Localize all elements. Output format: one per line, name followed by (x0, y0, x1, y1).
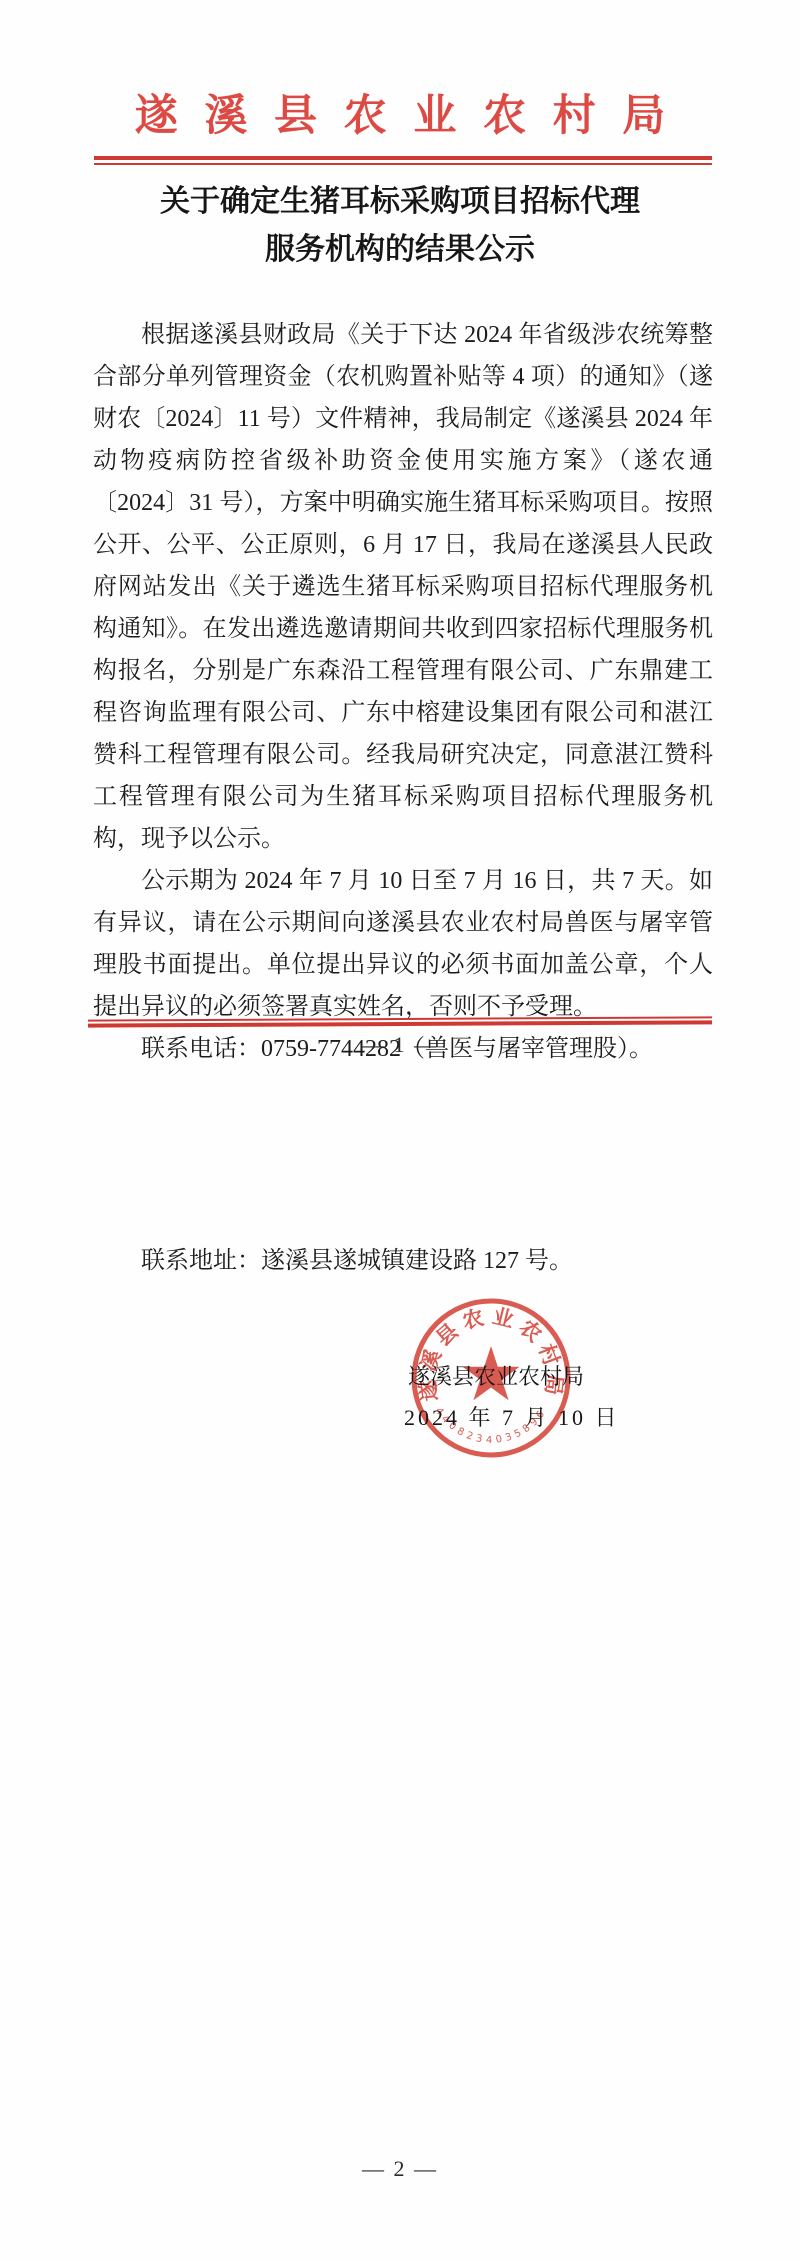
document-body: 根据遂溪县财政局《关于下达 2024 年省级涉农统筹整合部分单列管理资金（农机购… (93, 314, 713, 1070)
page-number-1: — 1 — (0, 1032, 800, 1058)
body-paragraph-1: 根据遂溪县财政局《关于下达 2024 年省级涉农统筹整合部分单列管理资金（农机购… (93, 314, 713, 860)
letterhead-double-rule (94, 156, 712, 165)
rule-thin-line (94, 163, 712, 165)
contact-address-line: 联系地址：遂溪县遂城镇建设路 127 号。 (93, 1240, 713, 1275)
signature-date: 2024 年 7 月 10 日 (404, 1401, 620, 1432)
document-title: 关于确定生猪耳标采购项目招标代理 服务机构的结果公示 (0, 178, 800, 274)
page-number-2: — 2 — (0, 2156, 800, 2182)
document-title-line2: 服务机构的结果公示 (0, 226, 800, 274)
signature-agency-name: 遂溪县农业农村局 (408, 1360, 584, 1391)
document-title-line1: 关于确定生猪耳标采购项目招标代理 (0, 178, 800, 226)
document-page: 遂溪县农业农村局 关于确定生猪耳标采购项目招标代理 服务机构的结果公示 根据遂溪… (0, 0, 800, 2261)
letterhead-agency-name: 遂溪县农业农村局 (0, 82, 800, 143)
body-paragraph-2: 公示期为 2024 年 7 月 10 日至 7 月 16 日，共 7 天。如有异… (93, 860, 713, 1028)
